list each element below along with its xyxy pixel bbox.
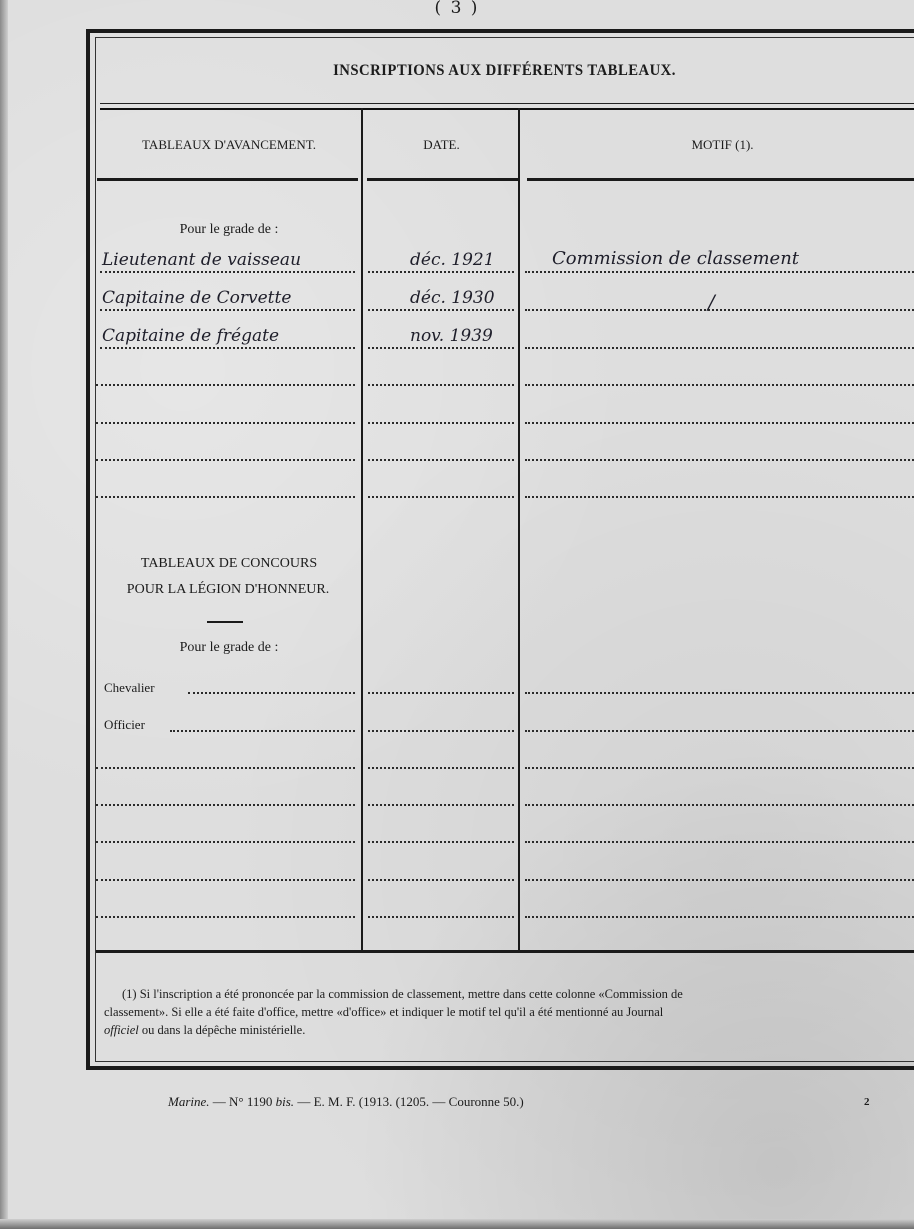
entry-date-2: déc. 1930 <box>410 288 495 308</box>
footnote-line-1: (1) Si l'inscription a été prononcée par… <box>104 985 914 1003</box>
column-header-date: DATE. <box>364 137 519 153</box>
dotline-date-r6 <box>368 459 514 461</box>
imprint-marine: Marine. <box>168 1094 210 1109</box>
imprint-number: — N° 1190 <box>210 1094 276 1109</box>
dotline-legion-motif-r1 <box>525 692 914 694</box>
signature-mark: 2 <box>864 1096 870 1108</box>
page-title: INSCRIPTIONS AUX DIFFÉRENTS TABLEAUX. <box>128 62 881 80</box>
dotline-legion-r7 <box>96 916 355 918</box>
dotline-legion-date-r5 <box>368 841 514 843</box>
entry-grade-2: Capitaine de Corvette <box>102 288 291 308</box>
dotline-date-r1 <box>368 271 514 273</box>
dotline-legion-motif-r3 <box>525 767 914 769</box>
avancement-grade-label: Pour le grade de : <box>100 222 358 238</box>
dotline-legion-motif-r7 <box>525 916 914 918</box>
dotline-motif-r5 <box>525 422 914 424</box>
printer-imprint: Marine. — N° 1190 bis. — E. M. F. (1913.… <box>168 1094 524 1110</box>
form-frame-inner <box>95 37 914 1062</box>
entry-grade-1: Lieutenant de vaisseau <box>102 250 301 270</box>
dotline-date-r5 <box>368 422 514 424</box>
dotline-motif-r3 <box>525 347 914 349</box>
dotline-tableaux-r1 <box>100 271 355 273</box>
dotline-legion-motif-r6 <box>525 879 914 881</box>
column-header-tableaux: TABLEAUX D'AVANCEMENT. <box>100 137 358 153</box>
dotline-legion-r6 <box>96 879 355 881</box>
footnote-line-2: classement». Si elle a été faite d'offic… <box>104 1003 914 1021</box>
dotline-legion-date-r4 <box>368 804 514 806</box>
dotline-date-r4 <box>368 384 514 386</box>
page-bottom-edge <box>0 1219 914 1229</box>
dotline-motif-r2 <box>525 309 914 311</box>
dotline-legion-r5 <box>96 841 355 843</box>
column-divider-1 <box>361 108 363 950</box>
dotline-motif-r6 <box>525 459 914 461</box>
dotline-date-r2 <box>368 309 514 311</box>
column-header-motif: MOTIF (1). <box>525 137 914 153</box>
page-binding-edge <box>0 0 8 1229</box>
dotline-tableaux-r3 <box>100 347 355 349</box>
dotline-tableaux-r2 <box>100 309 355 311</box>
imprint-rest: — E. M. F. (1913. (1205. — Couronne 50.) <box>294 1094 524 1109</box>
dotline-motif-r1 <box>525 271 914 273</box>
header-underline-tableaux <box>97 178 358 181</box>
legion-heading-rule <box>207 621 243 623</box>
table-bottom-rule <box>96 950 914 953</box>
entry-date-3: nov. 1939 <box>410 326 493 346</box>
dotline-date-r7 <box>368 496 514 498</box>
title-divider <box>100 103 914 110</box>
footnote-officiel: officiel <box>104 1023 139 1037</box>
dotline-legion-date-r2 <box>368 730 514 732</box>
imprint-bis: bis. <box>276 1094 294 1109</box>
entry-grade-3: Capitaine de frégate <box>102 326 279 346</box>
dotline-date-r3 <box>368 347 514 349</box>
dotline-legion-motif-r4 <box>525 804 914 806</box>
dotline-chevalier <box>188 692 355 694</box>
column-divider-2 <box>518 108 520 950</box>
entry-date-1: déc. 1921 <box>410 250 495 270</box>
footnote-line-3: officiel ou dans la dépêche ministériell… <box>104 1021 914 1039</box>
dotline-tableaux-r7 <box>96 496 355 498</box>
dotline-legion-r3 <box>96 767 355 769</box>
header-underline-motif <box>527 178 914 181</box>
footnote-line-3-rest: ou dans la dépêche ministérielle. <box>139 1023 306 1037</box>
rank-officier-label: Officier <box>104 717 145 733</box>
dotline-tableaux-r5 <box>96 422 355 424</box>
rank-chevalier-label: Chevalier <box>104 680 155 696</box>
legion-grade-label: Pour le grade de : <box>100 640 358 656</box>
dotline-tableaux-r6 <box>96 459 355 461</box>
dotline-officier <box>170 730 355 732</box>
dotline-legion-date-r3 <box>368 767 514 769</box>
dotline-legion-date-r7 <box>368 916 514 918</box>
dotline-legion-date-r1 <box>368 692 514 694</box>
dotline-motif-r4 <box>525 384 914 386</box>
entry-motif-1: Commission de classement <box>552 248 799 269</box>
header-underline-date <box>367 178 518 181</box>
dotline-legion-motif-r2 <box>525 730 914 732</box>
dotline-motif-r7 <box>525 496 914 498</box>
dotline-legion-date-r6 <box>368 879 514 881</box>
page-number: ( 3 ) <box>0 0 914 18</box>
legion-heading-line2: POUR LA LÉGION D'HONNEUR. <box>92 582 364 598</box>
footnote: (1) Si l'inscription a été prononcée par… <box>104 985 914 1039</box>
dotline-tableaux-r4 <box>96 384 355 386</box>
dotline-legion-r4 <box>96 804 355 806</box>
legion-heading-line1: TABLEAUX DE CONCOURS <box>98 556 360 572</box>
dotline-legion-motif-r5 <box>525 841 914 843</box>
